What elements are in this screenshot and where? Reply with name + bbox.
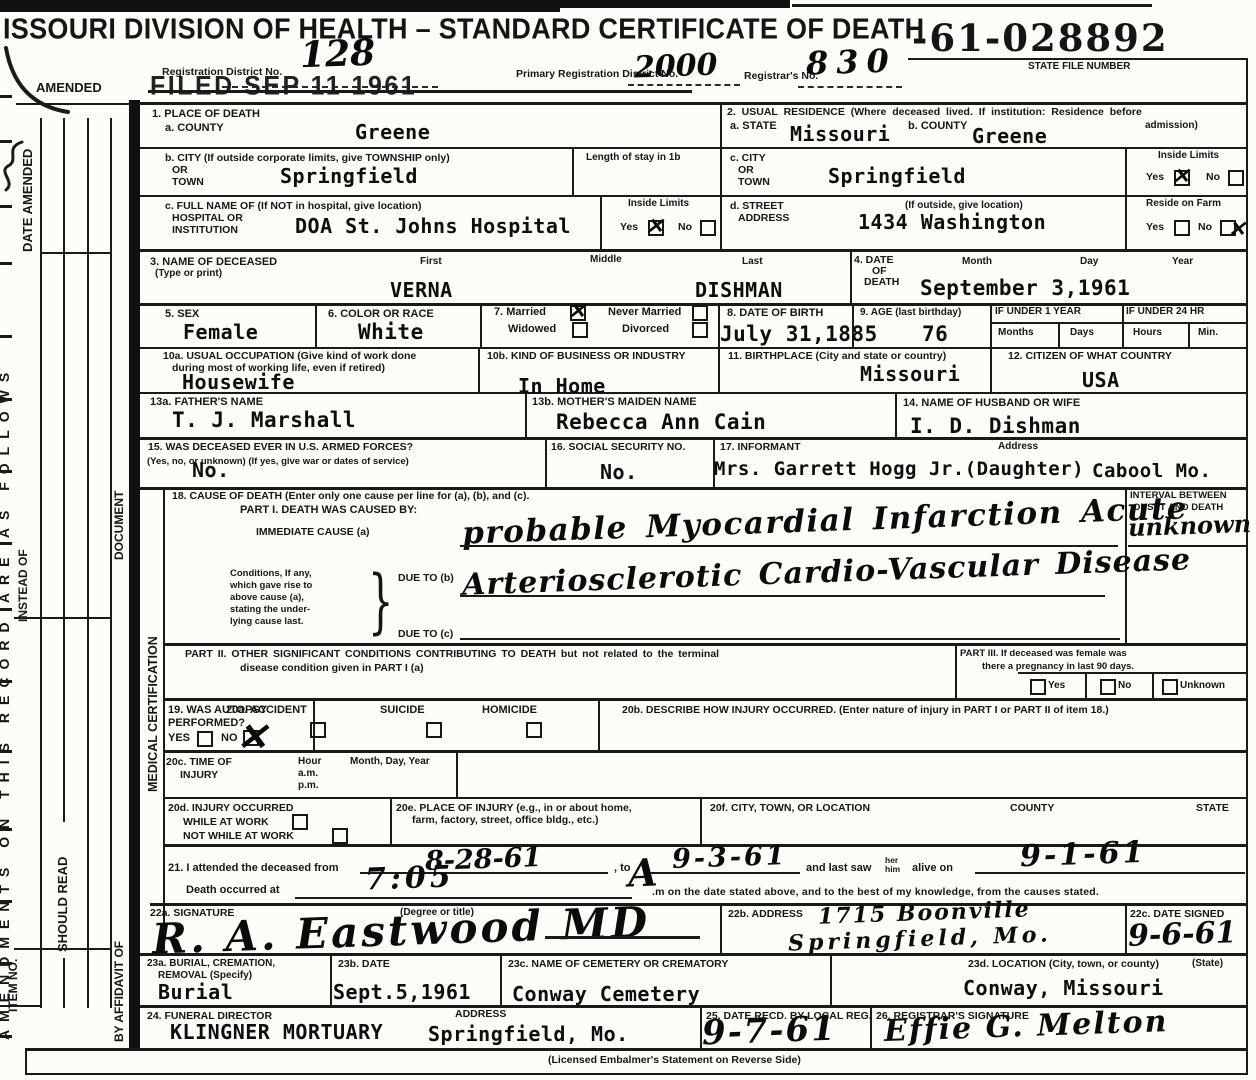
grid-line [478,347,480,392]
conditions-line-1: Conditions, If any, [230,568,312,579]
grid-line [1085,672,1087,700]
autopsy-yes-label: YES [168,732,190,745]
part2-label-1: PART II. OTHER SIGNIFICANT CONDITIONS CO… [185,648,719,661]
cemetery-label: 23c. NAME OF CEMETERY OR CREMATORY [508,958,728,971]
checkbox-1c-inside-no [700,220,716,236]
first-label: First [420,256,442,268]
burial-date-label: 23b. DATE [338,958,390,971]
conditions-line-2: which gave rise to [230,580,312,591]
form-left-border [129,100,140,1050]
residence-no-label: No [1206,171,1220,184]
checkbox-pregnancy-unknown [1162,679,1178,695]
grid-line [480,303,482,347]
sex-value: Female [183,322,258,342]
business-label: 10b. KIND OF BUSINESS OR INDUSTRY [487,350,686,363]
write-line [650,872,800,874]
cause-of-death-label: 18. CAUSE OF DEATH (Enter only one cause… [172,490,529,503]
conditions-line-5: lying cause last. [230,616,303,627]
armed-forces-label-1: 15. WAS DECEASED EVER IN U.S. ARMED FORC… [148,441,413,454]
checkbox-never-married [692,305,708,321]
color-race-value: White [358,322,424,343]
or-label: OR [172,164,188,177]
grid-line [140,347,1248,349]
informant-address-value: Cabool Mo. [1092,462,1211,481]
age-label: 9. AGE (last birthday) [860,307,961,319]
cemetery-value: Conway Cemetery [512,984,700,1004]
checkbox-2d-farm-yes [1174,220,1190,236]
checkbox-married [570,305,586,321]
grid-line [456,750,458,797]
write-line [460,595,1105,597]
grid-line [163,487,165,953]
cemetery-state-label: (State) [1192,958,1223,970]
date-of-death-value: September 3,1961 [920,278,1130,299]
armed-forces-value: No. [192,460,230,480]
time-of-injury-label-2: INJURY [180,769,218,782]
state-header-label: STATE [1196,802,1229,815]
date-of-death-label-3: DEATH [864,276,899,289]
attended-from-label: 21. I attended the deceased from [168,862,339,875]
state-file-number-label: STATE FILE NUMBER [1028,61,1130,73]
edge-tick [0,750,12,753]
edge-tick [0,608,12,611]
attended-to-value: 9-3-61 [672,842,788,873]
physician-address-label: 22b. ADDRESS [728,908,803,921]
hospital-label-3: INSTITUTION [172,224,238,237]
checkbox-2c-inside-yes [1174,170,1190,186]
grid-line [990,303,992,392]
farm-no-label: No [1198,221,1212,234]
edge-tick [0,470,12,473]
part3-label-1: PART III. If deceased was female was [960,648,1127,659]
autopsy-label-2: PERFORMED? [168,717,245,730]
grid-line [720,102,722,249]
year-label: Year [1172,256,1193,268]
dashed-rule [628,84,740,86]
checkbox-widowed [572,322,588,338]
write-line [975,872,1245,874]
citizen-label: 12. CITIZEN OF WHAT COUNTRY [1008,350,1172,363]
medical-certification-label: MEDICAL CERTIFICATION [146,636,160,792]
edge-tick [0,262,12,265]
grid-line [315,303,317,347]
grid-line [140,249,1248,252]
grid-line [140,437,1248,440]
embalmer-note: (Licensed Embalmer's Statement on Revers… [548,1054,801,1067]
street-label: d. STREET [730,200,784,213]
grid-line [955,643,957,700]
inside-limits-label: Inside Limits [628,198,689,210]
occupation-value: Housewife [182,372,295,392]
farm-yes-label: Yes [1146,221,1164,234]
place-of-death-title: 1. PLACE OF DEATH [152,108,260,121]
checkbox-pregnancy-no [1100,679,1116,695]
by-affidavit-label: BY AFFIDAVIT OF [112,941,126,1042]
grid-line [0,1005,40,1007]
burial-date-value: Sept.5,1961 [333,982,471,1002]
age-value: 76 [922,324,948,345]
registration-district-value: 128 [299,35,375,74]
document-label: DOCUMENT [112,491,126,560]
grid-line [140,102,1248,105]
edge-tick [0,962,12,965]
edge-tick [0,398,12,401]
middle-label: Middle [590,254,622,266]
no-label: No [678,221,692,234]
edge-tick [0,542,12,545]
edge-tick [0,680,12,683]
amended-label: AMENDED [36,80,102,96]
mothers-maiden-name-value: Rebecca Ann Cain [556,412,766,433]
grid-line [720,903,722,953]
hospital-value: DOA St. Johns Hospital [295,216,571,236]
grid-line [990,322,1248,324]
immediate-cause-value: probable Myocardial Infarction Acute [462,493,1189,549]
business-value: In Home [518,376,606,396]
grid-line [500,953,502,1005]
grid-line [25,1048,27,1073]
never-married-label: Never Married [608,306,681,319]
death-occurred-tail-label: .m on the date stated above, and to the … [652,886,1099,899]
cemetery-location-value: Conway, Missouri [963,978,1164,998]
birthplace-value: Missouri [860,364,960,384]
grid-line [1188,322,1190,347]
last-saw-label: and last saw [806,862,871,875]
grid-line [163,750,1248,753]
last-name-value: DISHMAN [695,280,783,300]
residence-inside-limits-label: Inside Limits [1158,150,1219,162]
grid-line [1058,322,1060,347]
residence-or-label: OR [738,164,754,177]
county-label: a. COUNTY [165,122,224,135]
grid-line [525,392,527,437]
grid-line [40,252,112,254]
state-file-number: -61-028892 [912,16,1169,60]
day-label: Day [1080,256,1098,268]
should-read-label: SHOULD READ [55,857,70,952]
informant-address-label: Address [998,441,1038,453]
primary-registration-value: 2000 [634,51,718,84]
month-label: Month [962,256,992,268]
pregnancy-no-label: No [1118,680,1131,692]
grid-line [700,797,702,844]
edge-tick [0,335,12,338]
widowed-label: Widowed [508,323,556,336]
edge-tick [0,900,12,903]
part2-label-2: disease condition given in PART I (a) [240,662,424,675]
form-right-border [1246,58,1248,1073]
him-label: him [885,864,900,874]
state-label: a. STATE [730,120,777,133]
city-label: b. CITY (If outside corporate limits, gi… [165,152,450,165]
due-to-b-label: DUE TO (b) [398,572,454,585]
reside-on-farm-label: Reside on Farm [1146,198,1221,210]
date-amended-label: DATE AMENDED [20,149,35,252]
grid-line [1152,672,1154,700]
grid-line [150,903,1248,906]
ssn-label: 16. SOCIAL SECURITY NO. [551,441,685,454]
days-label: Days [1070,327,1094,339]
husband-wife-value: I. D. Dishman [910,416,1081,437]
checkbox-not-while-at-work [332,828,348,844]
occupation-label-1: 10a. USUAL OCCUPATION (Give kind of work… [163,350,416,363]
page-title: ISSOURI DIVISION OF HEALTH – STANDARD CE… [3,13,924,46]
interval-value: unknown [1128,512,1252,540]
pregnancy-unknown-label: Unknown [1180,680,1225,692]
city-town-location-label: 20f. CITY, TOWN, OR LOCATION [710,802,870,815]
dashed-rule [798,86,902,88]
edge-tick [0,95,12,98]
part3-label-2: there a pregnancy in last 90 days. [982,661,1134,672]
citizen-value: USA [1082,370,1120,390]
alive-on-label: alive on [912,862,953,875]
grid-line [330,953,332,1005]
describe-injury-label: 20b. DESCRIBE HOW INJURY OCCURRED. (Ente… [622,704,1109,717]
amendments-note-label: AMENDMENTS ON THIS RECORD ARE AS FOLLOWS [0,365,12,1040]
grid-line [545,437,547,487]
edge-tick [0,828,12,831]
pregnancy-yes-label: Yes [1048,680,1065,692]
edge-tick [0,1035,12,1038]
checkbox-accident [310,722,326,738]
checkbox-2c-inside-no [1228,170,1244,186]
grid-line [63,958,65,1008]
street-value: 1434 Washington [858,212,1046,232]
usual-residence-title: 2. USUAL RESIDENCE (Where deceased lived… [727,106,1142,119]
checkbox-while-at-work [292,814,308,830]
checkbox-2d-farm-no [1220,220,1236,236]
grid-line [850,249,852,303]
burial-value: Burial [158,982,233,1002]
grid-line [572,147,574,195]
min-label: Min. [1198,327,1218,339]
residence-town-label: TOWN [738,176,770,189]
date-of-birth-value: July 31,1885 [720,324,878,345]
armed-forces-label-2: (Yes, no, or unknown) (If yes, give war … [147,456,409,467]
pm-label: p.m. [298,780,319,792]
grid-line [390,797,392,844]
her-him-label: herhim [885,856,900,874]
county-value: Greene [355,122,430,142]
registrar-number-value: 830 [805,44,897,79]
homicide-label: HOMICIDE [482,704,537,717]
scan-bar [792,4,1152,7]
grid-line [1125,147,1127,249]
death-occurred-label: Death occurred at [186,884,280,897]
scan-bar [560,0,790,8]
grid-line [140,195,1248,197]
suicide-label: SUICIDE [380,704,425,717]
grid-line [830,953,832,1005]
last-label: Last [742,256,763,268]
instead-of-label: INSTEAD OF [16,549,30,622]
husband-wife-label: 14. NAME OF HUSBAND OR WIFE [903,397,1080,410]
informant-label: 17. INFORMANT [720,441,801,454]
grid-line [14,617,112,619]
strike-line [148,90,692,93]
grid-line [1125,903,1127,953]
edge-tick [0,140,12,143]
grid-line [63,118,65,822]
item-no-label: ITEM NO. [6,959,20,1012]
hour-label: Hour [298,756,321,768]
place-of-injury-label-1: 20e. PLACE OF INJURY (e.g., in or about … [396,802,632,815]
edge-tick [0,205,12,208]
registrar-signature-value: Effie G. Melton [884,1007,1169,1047]
residence-county-value: Greene [972,126,1047,146]
residence-county-label: b. COUNTY [908,120,967,133]
residence-yes-label: Yes [1146,171,1164,184]
town-label: TOWN [172,176,204,189]
burial-label-1: 23a. BURIAL, CREMATION, [147,958,275,970]
state-value: Missouri [790,124,890,144]
part1-label: PART I. DEATH WAS CAUSED BY: [240,504,417,517]
grid-line [25,1073,1248,1075]
checkbox-autopsy-no [243,730,259,746]
grid-line [140,147,1248,149]
length-of-stay-label: Length of stay in 1b [586,152,680,164]
fathers-name-value: T. J. Marshall [172,410,356,431]
filed-stamp: FILED SEP 11 1961 [150,71,417,102]
grid-line [25,1048,1248,1051]
mothers-maiden-name-label: 13b. MOTHER'S MAIDEN NAME [532,396,697,409]
grid-line [600,195,602,249]
conditions-line-3: above cause (a), [230,592,304,603]
hospital-label-2: HOSPITAL OR [172,212,243,225]
funeral-address-value: Springfield, Mo. [428,1024,629,1044]
place-of-injury-label-2: farm, factory, street, office bldg., etc… [412,814,599,827]
first-name-value: VERNA [390,280,453,300]
type-or-print-label: (Type or print) [155,268,222,280]
hospital-label: c. FULL NAME OF (If NOT in hospital, giv… [165,200,421,213]
due-to-b-value: Arteriosclerotic Cardio-Vascular Disease [462,545,1192,600]
birthplace-label: 11. BIRTHPLACE (City and state or countr… [728,350,946,363]
time-of-injury-label-1: 20c. TIME OF [166,756,232,769]
alive-on-value: 9-1-61 [1020,838,1147,872]
death-time-value: 7:05 [365,862,456,895]
county-header-label: COUNTY [1010,802,1054,815]
checkbox-homicide [526,722,542,738]
if-under-24-hr-label: IF UNDER 24 HR [1126,306,1204,318]
informant-value: Mrs. Garrett Hogg Jr.(Daughter) [714,460,1084,479]
street-label-2: ADDRESS [738,212,789,225]
scan-bar [0,0,560,12]
city-value: Springfield [280,166,418,186]
grid-line [718,347,720,392]
checkbox-1c-inside-yes [648,220,664,236]
am-label: a.m. [298,768,318,780]
checkbox-pregnancy-yes [1030,679,1046,695]
signature-stroke [545,936,700,939]
date-of-birth-label: 8. DATE OF BIRTH [727,307,823,320]
injury-occurred-label: 20d. INJURY OCCURRED [168,802,293,815]
ssn-value: No. [600,462,638,482]
write-line [460,545,1118,547]
residence-city-label: c. CITY [730,152,766,165]
hours-label: Hours [1133,327,1162,339]
date-received-value: 9-7-61 [701,1012,837,1051]
death-certificate-page: ISSOURI DIVISION OF HEALTH – STANDARD CE… [0,0,1256,1080]
due-to-c-label: DUE TO (c) [398,628,453,641]
months-label: Months [998,327,1034,339]
while-at-work-label: WHILE AT WORK [183,816,269,829]
date-signed-value: 9-6-61 [1128,918,1237,952]
admission-label: admission) [1145,120,1198,132]
write-line [460,638,1120,640]
grid-line [163,797,1248,799]
divorced-label: Divorced [622,323,669,336]
checkbox-suicide [426,722,442,738]
rule-line [16,103,138,105]
checkbox-divorced [692,322,708,338]
funeral-director-value: KLINGNER MORTUARY [170,1022,383,1042]
residence-city-value: Springfield [828,166,966,186]
funeral-address-label: ADDRESS [455,1008,506,1021]
if-under-1-year-label: IF UNDER 1 YEAR [995,306,1081,318]
grid-line [598,700,600,750]
cemetery-location-label: 23d. LOCATION (City, town, or county) [968,958,1159,971]
not-while-at-work-label: NOT WHILE AT WORK [183,830,294,843]
grid-line [14,948,112,950]
yes-label: Yes [620,221,638,234]
grid-line [163,643,1248,646]
grid-line [1122,303,1124,347]
rule-line [908,58,1248,60]
married-label: 7. Married [494,306,546,319]
grid-line [140,392,1248,394]
grid-line [895,392,897,437]
immediate-cause-label: IMMEDIATE CAUSE (a) [256,526,370,539]
accident-label: 20a. ACCIDENT [226,704,307,717]
checkbox-autopsy-yes [197,731,213,747]
month-day-year-label: Month, Day, Year [350,756,430,768]
conditions-brace: } [368,562,393,643]
conditions-line-4: stating the under- [230,604,310,615]
